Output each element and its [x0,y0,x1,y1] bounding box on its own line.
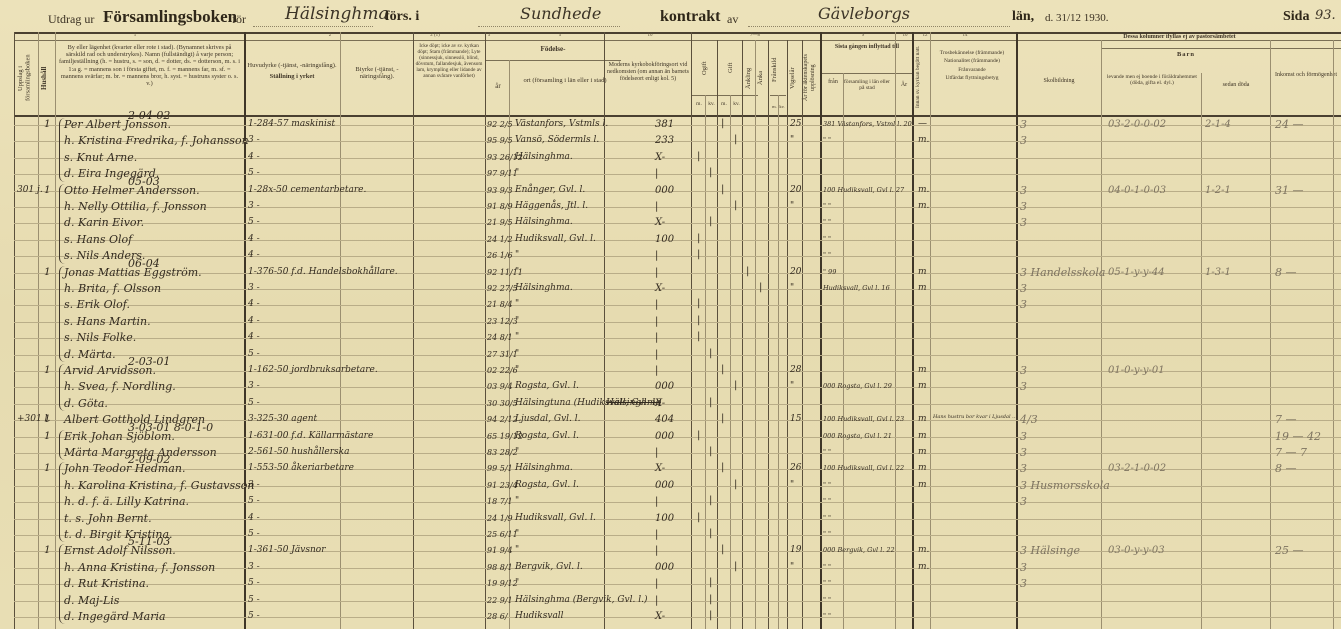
header-skolbildning: Skolbildning [1018,78,1100,85]
title-contract-label: kontrakt [660,8,720,26]
table-row: s. Knut Arne. 4 - 93 26/12 Hälsinghma. X… [0,148,1341,164]
header-nationalitet: Nationalitet (främmande) [932,58,1012,64]
table-row: h. d. f. ä. Lilly Katrina. 5 - 18 7/1 " … [0,492,1341,508]
civil-status-mark: | [721,462,724,473]
table-row: Märta Margreta Andersson 2-561-50 hushål… [0,443,1341,459]
table-row: d. Maj-Lis 5 - 22 9/1 Hälsinghma (Bergvi… [0,591,1341,607]
civil-status-mark: | [697,249,700,260]
table-row: h. Svea, f. Nordling. 3 - 03 9/4 Rogsta,… [0,377,1341,393]
civil-status-mark: | [697,331,700,342]
person-name: d. Ingegärd Maria [64,607,166,626]
table-row: s. Hans Martin. 4 - 23 12/3 " | | [0,312,1341,328]
table-row: 1 Arvid Arvidsson. 1-162-50 jordbruksarb… [0,361,1341,377]
civil-status-mark: | [734,200,737,211]
birth-date-note: 2-04-02 [128,106,170,125]
table-row: t. d. Birgit Kristina. 5 - 25 6/11 " | "… [0,525,1341,541]
header-uppslag: Uppslag i församlingsboken [17,44,37,112]
col-num-10b: 10 [900,33,910,39]
household-brace [59,430,65,461]
civil-status-mark: | [697,298,700,309]
table-row: 1 Ernst Adolf Nilsson. 1-361-50 Jävsnor … [0,541,1341,557]
header-levande: levande men ej boende i föräldrahemmet (… [1105,74,1199,87]
household-brace [59,118,65,182]
col-num-7-8: 7—8 [745,33,765,39]
table-row: s. Hans Olof 4 - 24 1/2 Hudiksvall, Gvl.… [0,230,1341,246]
civil-status-mark: | [721,184,724,195]
civil-status-mark: | [697,430,700,441]
header-forsamling: församling i län eller på stad [843,79,891,92]
table-row: 1 Per Albert Jonsson. 1-284-57 maskinist… [0,115,1341,131]
header-gift: Gift [727,48,739,88]
household-brace [59,184,65,264]
household-brace [59,462,65,542]
civil-status-mark: | [734,134,737,145]
birth-date-note: 06-04 [128,254,160,273]
header-anka: Änka [757,48,767,108]
table-row: 301 j. 1 Otto Helmer Andersson. 1-28x-50… [0,181,1341,197]
absence-note: Hans hustru bor kvar i Ljusdal ... [933,408,1017,427]
table-row: 1 Erik Johan Sjöblom. 1-631-00 f.d. Käll… [0,427,1341,443]
civil-status-mark: | [709,167,712,178]
table-row: d. Karin Eivor. 5 - 21 9/5 Hälsinghma. X… [0,213,1341,229]
civil-status-mark: | [709,577,712,588]
table-row: h. Nelly Ottilia, f. Jonsson 3 - 91 8/9 … [0,197,1341,213]
col-num-1: 1 [130,33,140,39]
civil-status-mark: | [709,446,712,457]
table-row: 1 John Teodor Hedman. 1-553-50 åkeriarbe… [0,459,1341,475]
table-row: d. Ingegärd Maria 5 - 28 6/ Hudiksvall X… [0,607,1341,623]
title-bar: Utdrag ur Församlingsboken för Hälsinghm… [0,0,1341,32]
civil-status-mark: | [697,315,700,326]
civil-status-mark: | [709,610,712,621]
header-barn: Barn [1103,51,1269,58]
civil-status-mark: | [734,479,737,490]
header-biyrke: Biyrke (-tjänst, -näringsfång). [343,66,411,81]
header-inkomst: Inkomst och förmögenhet [1272,72,1340,79]
household-brace [59,266,65,362]
occupation-cell: 5 - [248,607,260,626]
birth-date-note: 2-03-01 [128,352,170,371]
birth-date-note: 5-11-03 [128,532,170,551]
header-fodelse: Födelse- [487,45,619,53]
header-pastor-note: Dessa kolumner ifyllas ej av pastorsämbe… [1018,34,1341,41]
header-franskild: Frånskild [771,48,783,92]
header-odopt: Icke döpt; icke av sv. kyrkan döpt; Stam… [415,44,483,80]
table-row: 1 Jonas Mattias Eggström. 1-376-50 f.d. … [0,263,1341,279]
civil-status-mark: | [734,380,737,391]
page-number: 93. [1315,8,1336,23]
header-vigselar: Vigselår [789,48,799,108]
header-fran: från [823,79,843,86]
parish-name: Hälsinghma [285,4,389,24]
birth-year-cell: 28 6/ [487,607,508,626]
header-sista: Sista gången inflyttad till [823,44,911,51]
header-huvudyrke: Huvudyrke (-tjänst, -näringsfång). Ställ… [246,62,338,81]
header-tros-label: Trosbekännelse (främmande) [932,50,1012,56]
header-sedan-doda: sedan döda [1203,82,1269,89]
birth-date-note: 05-03 [128,172,160,191]
register-date: d. 31/12 1930. [1045,12,1109,24]
table-row: h. Kristina Fredrika, f. Johansson 3 - 9… [0,131,1341,147]
header-trosbekannelse: Trosbekännelse (främmande) Nationalitet … [932,50,1012,81]
col-num-2: 2 [325,33,335,39]
header-utflyttning: Utfärdat flyttningsbetyg [932,75,1012,81]
household-brace [59,544,65,624]
table-row: h. Karolina Kristina, f. Gustavsson 3 - … [0,476,1341,492]
civil-status-mark: | [697,512,700,523]
county-name: Gävleborgs [818,4,910,23]
civil-status-mark: | [734,561,737,572]
col-num-9: 9 [858,33,868,39]
header-aktenskap-upplosning: År för äktenskapets upplösning [803,44,819,112]
header-name-column: By eller lägenhet (kvarter eller rote i … [58,44,241,87]
header-franskild-kv: kv. [778,104,786,109]
moved-from-cell: " " [823,607,831,626]
birth-date-note: 2-09-02 [128,450,170,469]
civil-status-mark: | [709,528,712,539]
civil-status-mark: | [721,364,724,375]
civil-status-mark: | [709,348,712,359]
table-row: d. Göta. 5 - 30 30/5 Hälsingtuna (Hudiks… [0,394,1341,410]
contract-name: Sundhede [520,4,601,23]
header-franvarande: Frånvarande [932,67,1012,73]
header-gift-m: m. [718,101,730,107]
birth-date-note: 3-03-01 8-0-1-0 [128,418,213,437]
title-fors-label: förs. i [385,9,419,25]
civil-status-mark: | [709,216,712,227]
header-huvudyrke-label: Huvudyrke (-tjänst, -näringsfång). [246,62,338,69]
col-num-10: 10 [640,33,660,39]
ledger-page: Utdrag ur Församlingsboken för Hälsinghm… [0,0,1341,629]
table-row: d. Eira Ingegärd. 5 - 97 9/11 " | | [0,164,1341,180]
table-row: s. Nils Folke. 4 - 24 8/1 " | | [0,328,1341,344]
header-stallning: Ställning i yrket [246,73,338,80]
page-label: Sida [1283,9,1309,25]
header-ankling: Änkling [745,48,755,108]
mother-parish-code: X- [655,607,665,626]
header-ogift-m: m. [693,101,705,107]
civil-status-mark: | [709,397,712,408]
civil-status-mark: | [697,233,700,244]
title-av-label: av [727,12,738,27]
header-hushall: Hushåll [40,44,52,112]
header-franskild-m: m. [771,104,778,109]
title-book: Församlingsboken [103,7,237,27]
civil-status-mark: | [709,594,712,605]
table-row: h. Brita, f. Olsson 3 - 92 27/5 Hälsingh… [0,279,1341,295]
civil-status-mark: | [709,495,712,506]
header-ar2: År [897,82,911,89]
col-num-12: 12 [920,33,930,39]
civil-status-mark: | [697,151,700,162]
birth-place-cell: Hudiksvall [515,607,564,626]
civil-status-mark: | [746,266,749,277]
civil-status-mark: | [721,118,724,129]
household-brace [59,364,65,411]
table-row: s. Erik Olof. 4 - 21 8/4 " | 3 | [0,295,1341,311]
header-ogift: Ogift [701,48,713,88]
header-nattvard: Innan sv. kyrkan begått natt. [915,44,929,110]
title-prefix: Utdrag ur [48,12,94,27]
title-for-label: för [232,12,246,27]
civil-status-mark: | [721,413,724,424]
col-num-14: 14 [960,33,970,39]
civil-status-mark: | [721,544,724,555]
col-num-5: 5 [555,33,565,39]
table-row: d. Märta. 5 - 27 31/1 " | | [0,345,1341,361]
table-row: h. Anna Kristina, f. Jonsson 3 - 98 8/1 … [0,558,1341,574]
col-num-2-1: 2 (1) [420,33,450,39]
table-row: d. Rut Kristina. 5 - 19 9/12 " | " " 3 | [0,574,1341,590]
header-fodelse-ar: år [487,82,509,90]
table-row: s. Nils Anders. 4 - 26 1/6 " | " " | [0,246,1341,262]
civil-status-mark: | [759,282,762,293]
title-lan-label: län, [1012,9,1034,25]
header-moderns-ort: Moderns kyrkobokföringsort vid nedkomste… [606,62,690,83]
table-row: t. s. John Bernt. 4 - 24 1/9 Hudiksvall,… [0,509,1341,525]
